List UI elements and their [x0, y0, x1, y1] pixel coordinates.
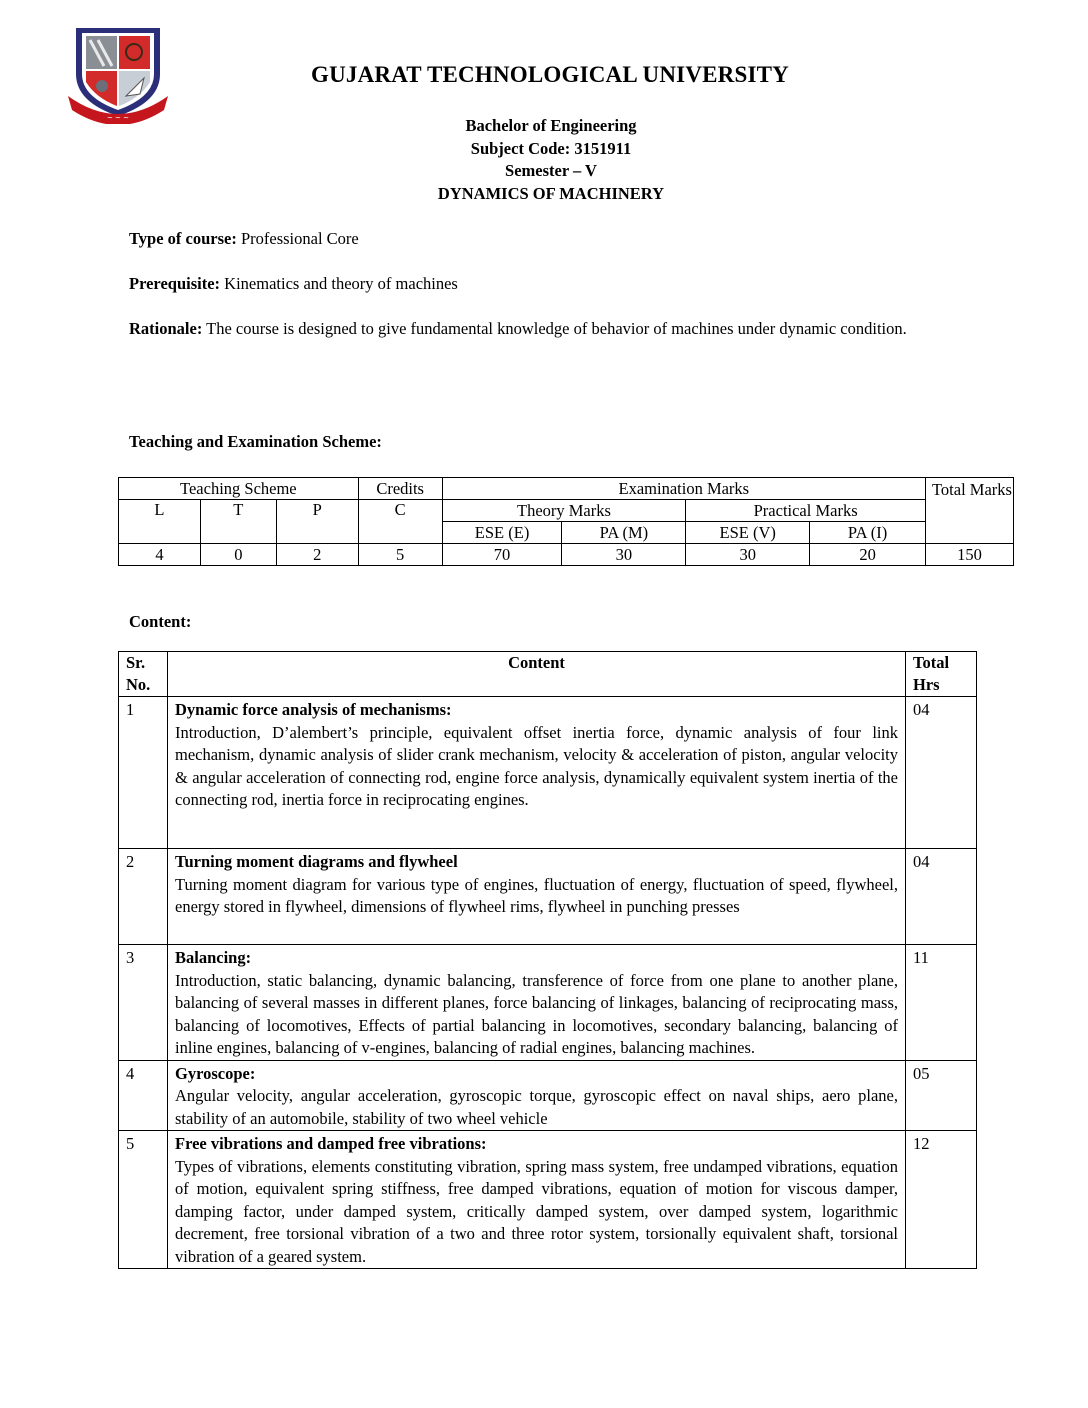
content-table: Sr. No. Content Total Hrs 1 Dynamic forc… — [118, 651, 977, 1269]
scheme-values-row: 4 0 2 5 70 30 30 20 150 — [119, 544, 1014, 566]
col-content: Content — [168, 652, 906, 697]
row-content: Balancing: Introduction, static balancin… — [168, 945, 906, 1061]
type-of-course: Type of course: Professional Core — [129, 227, 359, 251]
row-body: Introduction, static balancing, dynamic … — [175, 971, 898, 1058]
row-body: Introduction, D’alembert’s principle, eq… — [175, 723, 898, 810]
value-ese-e: 70 — [442, 544, 562, 566]
header-theory-marks: Theory Marks — [442, 500, 686, 522]
content-heading: Content: — [129, 612, 191, 632]
type-label: Type of course: — [129, 229, 237, 248]
row-sr: 3 — [119, 945, 168, 1061]
row-sr: 2 — [119, 849, 168, 945]
rationale-value: The course is designed to give fundament… — [202, 319, 906, 338]
row-sr: 1 — [119, 697, 168, 849]
type-value: Professional Core — [237, 229, 359, 248]
row-sr: 4 — [119, 1060, 168, 1131]
course-header: Bachelor of Engineering Subject Code: 31… — [280, 115, 822, 205]
value-pa-i: 20 — [810, 544, 926, 566]
header-pa-m: PA (M) — [562, 522, 686, 544]
table-row: 1 Dynamic force analysis of mechanisms: … — [119, 697, 977, 849]
rationale-label: Rationale: — [129, 319, 202, 338]
header-C: C — [358, 500, 442, 544]
value-total: 150 — [925, 544, 1013, 566]
row-hrs: 04 — [906, 849, 977, 945]
row-hrs: 05 — [906, 1060, 977, 1131]
value-ese-v: 30 — [686, 544, 810, 566]
row-title: Dynamic force analysis of mechanisms: — [175, 699, 898, 722]
header-examination-marks: Examination Marks — [442, 478, 925, 500]
value-pa-m: 30 — [562, 544, 686, 566]
row-title: Turning moment diagrams and flywheel — [175, 851, 898, 874]
prereq-label: Prerequisite: — [129, 274, 220, 293]
row-hrs: 11 — [906, 945, 977, 1061]
row-content: Free vibrations and damped free vibratio… — [168, 1131, 906, 1269]
row-content: Turning moment diagrams and flywheel Tur… — [168, 849, 906, 945]
row-hrs: 04 — [906, 697, 977, 849]
prerequisite: Prerequisite: Kinematics and theory of m… — [129, 272, 458, 296]
row-body: Types of vibrations, elements constituti… — [175, 1157, 898, 1266]
row-content: Dynamic force analysis of mechanisms: In… — [168, 697, 906, 849]
row-title: Free vibrations and damped free vibratio… — [175, 1133, 898, 1156]
row-content: Gyroscope: Angular velocity, angular acc… — [168, 1060, 906, 1131]
row-sr: 5 — [119, 1131, 168, 1269]
row-body: Turning moment diagram for various type … — [175, 875, 898, 917]
row-body: Angular velocity, angular acceleration, … — [175, 1086, 898, 1128]
university-title: GUJARAT TECHNOLOGICAL UNIVERSITY — [0, 62, 1088, 88]
row-title: Gyroscope: — [175, 1063, 898, 1086]
degree: Bachelor of Engineering — [280, 115, 822, 138]
header-T: T — [200, 500, 276, 544]
prereq-value: Kinematics and theory of machines — [220, 274, 458, 293]
header-credits: Credits — [358, 478, 442, 500]
col-sr-no: Sr. No. — [119, 652, 168, 697]
table-row: 3 Balancing: Introduction, static balanc… — [119, 945, 977, 1061]
value-T: 0 — [200, 544, 276, 566]
teaching-examination-scheme-table: Teaching Scheme Credits Examination Mark… — [118, 477, 1014, 566]
table-row: 4 Gyroscope: Angular velocity, angular a… — [119, 1060, 977, 1131]
header-practical-marks: Practical Marks — [686, 500, 926, 522]
row-title: Balancing: — [175, 947, 898, 970]
scheme-heading: Teaching and Examination Scheme: — [129, 432, 382, 452]
table-row: 2 Turning moment diagrams and flywheel T… — [119, 849, 977, 945]
header-total-marks: Total Marks — [925, 478, 1013, 544]
header-L: L — [119, 500, 201, 544]
header-ese-v: ESE (V) — [686, 522, 810, 544]
subject-code: Subject Code: 3151911 — [280, 138, 822, 161]
value-C: 5 — [358, 544, 442, 566]
table-row: 5 Free vibrations and damped free vibrat… — [119, 1131, 977, 1269]
header-ese-e: ESE (E) — [442, 522, 562, 544]
header-teaching-scheme: Teaching Scheme — [119, 478, 359, 500]
subject-name: DYNAMICS OF MACHINERY — [280, 183, 822, 206]
col-total-hrs: Total Hrs — [906, 652, 977, 697]
rationale: Rationale: The course is designed to giv… — [129, 317, 979, 341]
value-P: 2 — [276, 544, 358, 566]
header-pa-i: PA (I) — [810, 522, 926, 544]
row-hrs: 12 — [906, 1131, 977, 1269]
value-L: 4 — [119, 544, 201, 566]
semester: Semester – V — [280, 160, 822, 183]
svg-text:~ ~ ~: ~ ~ ~ — [107, 114, 129, 122]
header-P: P — [276, 500, 358, 544]
